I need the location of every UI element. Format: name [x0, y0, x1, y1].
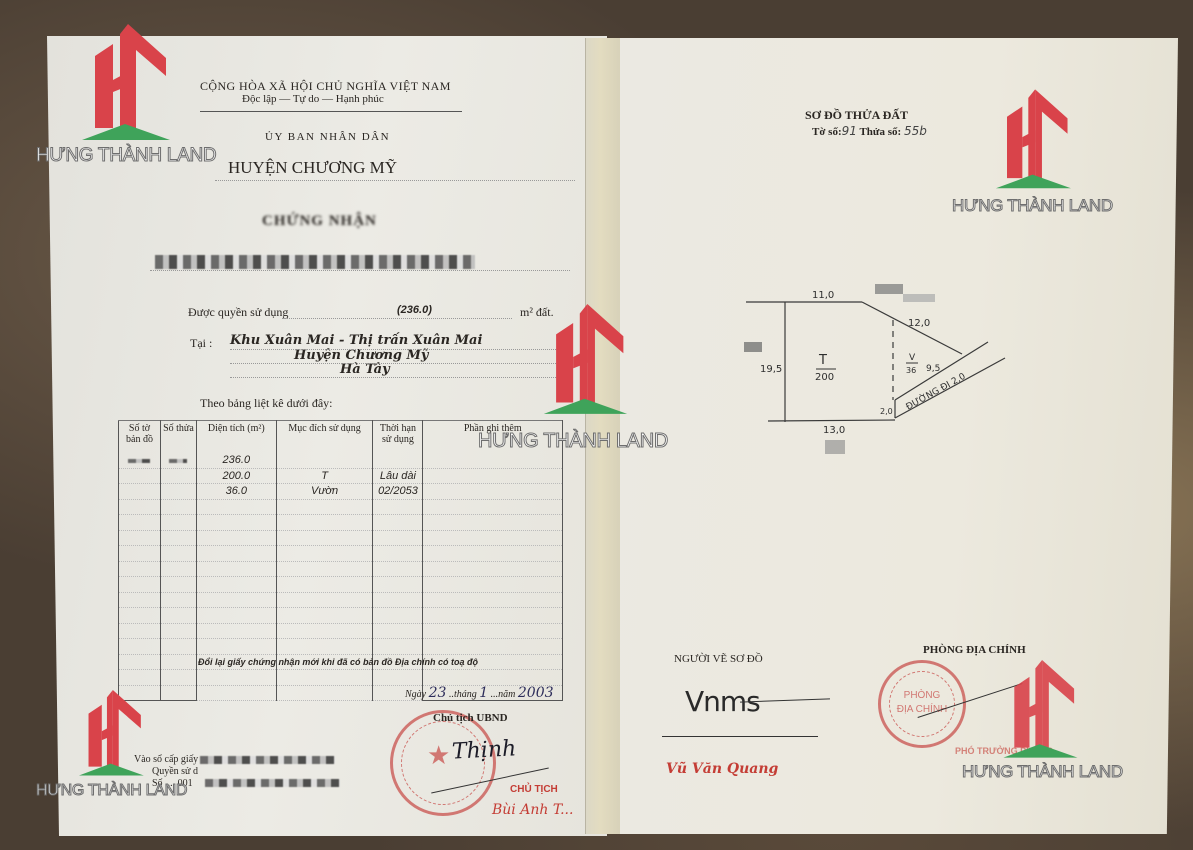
col-area: Diện tích (m²) — [196, 421, 276, 454]
header-divider — [200, 111, 462, 112]
office-label: PHÒNG ĐỊA CHÍNH — [923, 644, 1026, 656]
republic-heading: CỘNG HÒA XÃ HỘI CHỦ NGHĨA VIỆT NAM — [200, 79, 451, 94]
table-row — [119, 608, 563, 624]
col-parcel-number: Số thửa — [160, 421, 196, 454]
cell-purpose: T — [276, 468, 373, 484]
chairman-stamp-name: Bùi Anh T... — [492, 802, 573, 818]
issue-date: Ngày 23 ..tháng 1 ...năm 2003 — [405, 685, 554, 701]
table-intro: Theo bảng liệt kê dưới đây: — [200, 396, 332, 411]
table-row — [119, 639, 563, 655]
date-year-label: năm — [498, 689, 515, 700]
plot-garden-label: V — [909, 353, 916, 363]
road-label: ĐƯỜNG ĐI 2,0 — [904, 370, 968, 413]
cell-parcel — [160, 484, 196, 500]
cell-purpose — [276, 453, 373, 468]
owner-name-line — [150, 270, 570, 271]
date-day: 23 — [429, 685, 447, 701]
table-row: 200.0 T Lâu dài — [119, 468, 563, 484]
emblem-star-icon: ★ — [427, 741, 450, 771]
table-row — [119, 577, 563, 593]
drawer-underline — [662, 736, 818, 737]
cell-area: 236.0 — [196, 453, 276, 468]
brand-logo-icon — [76, 684, 146, 780]
table-row — [119, 561, 563, 577]
brand-logo-icon — [992, 86, 1074, 190]
redacted-neighbor-top — [875, 284, 903, 294]
cell-notes — [423, 453, 563, 468]
cell-parcel — [160, 468, 196, 484]
brand-logo-icon — [78, 20, 173, 142]
table-row — [119, 623, 563, 639]
seal-text: PHÒNG ĐỊA CHÍNH — [895, 689, 949, 717]
location-dotline-1 — [230, 349, 570, 350]
location-line-3: Hà Tây — [340, 362, 390, 377]
parcel-label: Thửa số: — [859, 126, 901, 138]
usage-label: Được quyền sử dụng — [188, 305, 288, 320]
location-dotline-2 — [230, 363, 570, 364]
redacted-registry-number — [205, 779, 340, 787]
chairman-stamp-title: CHỦ TỊCH — [510, 784, 558, 795]
parcel-reference: Tờ số:91 Thửa số: 55b — [812, 124, 927, 138]
redacted-neighbor-left — [744, 342, 762, 352]
drawer-label: NGƯỜI VẼ SƠ ĐỒ — [674, 653, 763, 665]
col-map-sheet: Số tờ bản đồ — [119, 421, 161, 454]
brand-watermark-text: HƯNG THÀNH LAND — [36, 145, 216, 167]
edge-left: 19,5 — [760, 364, 782, 375]
edge-short: 2,0 — [880, 407, 893, 416]
usage-dotline — [282, 318, 512, 319]
cell-map-sheet — [119, 468, 161, 484]
brand-logo-icon — [1000, 656, 1080, 760]
edge-top: 11,0 — [812, 290, 834, 301]
cell-notes — [423, 484, 563, 500]
drawer-name: Vũ Văn Quang — [666, 761, 778, 777]
brand-watermark-text: HƯNG THÀNH LAND — [478, 430, 668, 453]
parcel-diagram-title: SƠ ĐỒ THỬA ĐẤT — [805, 108, 908, 123]
cell-map-sheet — [119, 484, 161, 500]
location-dotline-3 — [230, 377, 570, 378]
col-duration: Thời hạn sử dụng — [373, 421, 423, 454]
cell-area: 200.0 — [196, 468, 276, 484]
brand-watermark-text: HƯNG THÀNH LAND — [36, 782, 187, 800]
plot-garden-area: 36 — [906, 366, 916, 375]
redacted-owner-name — [155, 255, 475, 269]
edge-road: 9,5 — [926, 364, 940, 374]
edge-bottom: 13,0 — [823, 425, 845, 436]
cell-area: 36.0 — [196, 484, 276, 500]
table-row — [119, 515, 563, 531]
brand-watermark-text: HƯNG THÀNH LAND — [962, 762, 1123, 782]
location-line-1: Khu Xuân Mai - Thị trấn Xuân Mai — [230, 333, 482, 348]
location-line-2: Huyện Chương Mỹ — [294, 348, 428, 363]
col-purpose: Mục đích sử dụng — [276, 421, 373, 454]
table-row: 236.0 — [119, 453, 563, 468]
brand-watermark-text: HƯNG THÀNH LAND — [952, 196, 1113, 216]
date-month: 1 — [479, 685, 488, 701]
plot-main-area: 200 — [815, 372, 834, 383]
parcel-sketch: 11,0 12,0 19,5 13,0 2,0 9,5 T 200 V 36 Đ… — [740, 280, 1030, 460]
chairman-signature: Thịnh — [451, 736, 516, 764]
national-motto: Độc lập — Tự do — Hạnh phúc — [242, 93, 384, 105]
table-row — [119, 592, 563, 608]
cell-duration — [373, 453, 423, 468]
redacted-registry-info — [200, 756, 335, 764]
cell-duration: Lâu dài — [373, 468, 423, 484]
registry-line-2: Quyền sử d — [152, 766, 198, 777]
edge-diagonal: 12,0 — [908, 318, 930, 329]
table-row — [119, 546, 563, 562]
reissue-note: Đổi lại giấy chứng nhận mới khi đã có bả… — [198, 657, 478, 667]
table-row — [119, 530, 563, 546]
redacted-neighbor-bottom — [825, 440, 845, 454]
redacted-neighbor-top-2 — [903, 294, 935, 302]
usage-area: (236.0) — [397, 304, 432, 316]
plot-main-label: T — [818, 353, 827, 368]
cell-duration: 02/2053 — [373, 484, 423, 500]
table-row — [119, 499, 563, 515]
date-month-label: tháng — [454, 689, 477, 700]
cell-map-sheet — [119, 453, 161, 468]
table-row: 36.0 Vườn 02/2053 — [119, 484, 563, 500]
sheet-value: 91 — [842, 124, 857, 138]
table-row — [119, 670, 563, 686]
parcel-value: 55b — [904, 124, 927, 138]
committee-heading: ỦY BAN NHÂN DÂN — [265, 131, 390, 143]
date-year: 2003 — [518, 685, 554, 701]
district-underline — [215, 180, 575, 181]
sheet-label: Tờ số: — [812, 126, 842, 138]
brand-logo-icon — [540, 293, 630, 423]
cell-purpose: Vườn — [276, 484, 373, 500]
cell-notes — [423, 468, 563, 484]
certificate-title: CHỨNG NHẬN — [262, 213, 377, 230]
location-label: Tại : — [190, 336, 212, 351]
chairman-role: Chủ tịch UBND — [433, 712, 508, 724]
date-prefix: Ngày — [405, 689, 426, 700]
cadastral-office-seal: PHÒNG ĐỊA CHÍNH — [878, 660, 966, 748]
district-heading: HUYỆN CHƯƠNG MỸ — [228, 158, 397, 178]
cell-parcel — [160, 453, 196, 468]
